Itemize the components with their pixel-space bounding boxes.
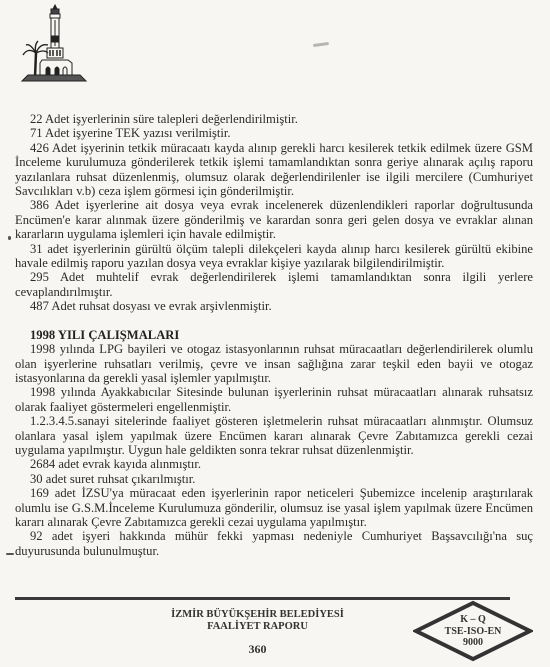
izmir-clock-tower-icon xyxy=(20,3,92,83)
paragraph: 22 Adet işyerlerinin süre talepleri değe… xyxy=(15,112,533,126)
page-number: 360 xyxy=(150,642,365,657)
paragraph: 386 Adet işyerlerine ait dosya veya evra… xyxy=(15,198,533,241)
paragraph: 487 Adet ruhsat dosyası ve evrak arşivle… xyxy=(15,299,533,313)
footer-organization: İZMİR BÜYÜKŞEHİR BELEDİYESİ FAALİYET RAP… xyxy=(150,609,365,632)
paragraph: 31 adet işyerlerinin gürültü ölçüm talep… xyxy=(15,242,533,271)
scan-dot xyxy=(8,236,11,240)
cert-line: TSE-ISO-EN xyxy=(413,626,533,638)
paragraph: 295 Adet muhtelif evrak değerlendirilere… xyxy=(15,270,533,299)
section-heading: 1998 YILI ÇALIŞMALARI xyxy=(15,328,533,342)
paragraph: 169 adet İZSU'ya müracaat eden işyerleri… xyxy=(15,486,533,529)
paragraph: 1998 yılında Ayakkabıcılar Sitesinde bul… xyxy=(15,385,533,414)
paragraph: 1998 yılında LPG bayileri ve otogaz ista… xyxy=(15,342,533,385)
paragraph: 2684 adet evrak kayıda alınmıştır. xyxy=(15,457,533,471)
scan-mark xyxy=(6,553,14,555)
paragraph: 30 adet suret ruhsat çıkarılmıştır. xyxy=(15,472,533,486)
cert-line: 9000 xyxy=(413,637,533,649)
paragraph: 426 Adet işyerinin tetkik müracaatı kayd… xyxy=(15,141,533,199)
paragraph: 1.2.3.4.5.sanayi sitelerinde faaliyet gö… xyxy=(15,414,533,457)
report-name: FAALİYET RAPORU xyxy=(150,621,365,633)
org-name: İZMİR BÜYÜKŞEHİR BELEDİYESİ xyxy=(150,609,365,621)
paragraph: 92 adet işyeri hakkında mühür fekki yapm… xyxy=(15,529,533,558)
paragraph: 71 Adet işyerine TEK yazısı verilmiştir. xyxy=(15,126,533,140)
scan-smudge xyxy=(313,42,329,47)
document-body: 22 Adet işyerlerinin süre talepleri değe… xyxy=(15,112,533,558)
cert-line: K – Q xyxy=(413,614,533,626)
certification-label: K – Q TSE-ISO-EN 9000 xyxy=(413,614,533,649)
